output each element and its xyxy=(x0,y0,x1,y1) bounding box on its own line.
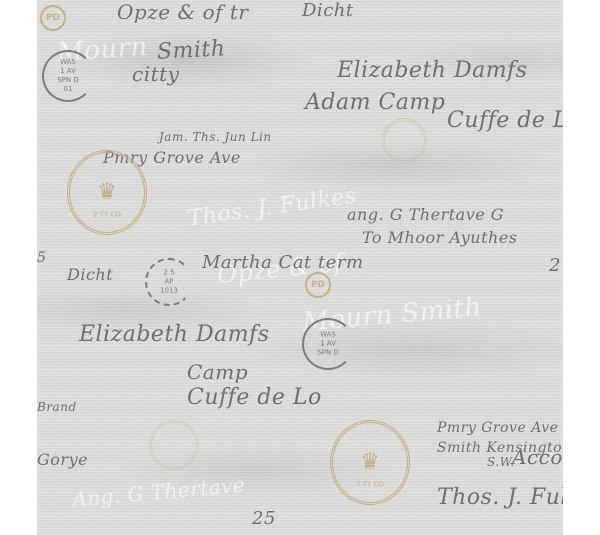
crown-icon: ♛ xyxy=(360,448,380,474)
faded-seal-stamp xyxy=(382,118,427,163)
dark-script: Cuffe de Lo xyxy=(447,108,563,133)
light-script: Ang. G Thertave xyxy=(71,472,246,511)
dark-script: Gorye xyxy=(37,450,88,469)
dark-script: Elizabeth Damfs xyxy=(337,58,528,83)
crown-seal-stamp: ♛ 7 TY CO xyxy=(330,420,410,505)
postmark-text: WAS xyxy=(304,331,352,340)
dark-script: Brand xyxy=(37,400,77,414)
dark-script: Camp xyxy=(187,360,248,384)
dark-script: Thos. J. Fulkes xyxy=(437,485,563,510)
dark-script: Accon xyxy=(512,445,563,469)
postmark-text: WAS xyxy=(44,58,92,67)
dark-script: ang. G Thertave G xyxy=(347,205,504,224)
seal-text: 2 TY CO xyxy=(70,210,144,219)
dark-script: 25 xyxy=(252,508,276,529)
postmark-text: 01 xyxy=(44,85,92,94)
dark-script: Martha Cat term xyxy=(202,252,364,273)
dark-script: Adam Camp xyxy=(305,90,445,115)
dark-script: S.W. xyxy=(487,455,515,469)
pd-stamp: PD xyxy=(305,272,331,298)
dark-script: Smith xyxy=(156,36,226,65)
crown-icon: ♛ xyxy=(97,178,117,204)
crown-seal-stamp: ♛ 2 TY CO xyxy=(67,150,147,235)
dark-script: Elizabeth Damfs xyxy=(79,322,270,347)
postmark-text: AP xyxy=(147,278,191,287)
dark-script: Dicht xyxy=(302,0,354,21)
postmark-text: SPN D xyxy=(304,349,352,358)
postmark-text: 1 AV xyxy=(304,340,352,349)
postmark-stamp: WAS 1 AV SPN D xyxy=(302,318,354,370)
light-script: Thos. J. Fulkes xyxy=(186,183,358,231)
dark-script: 2 xyxy=(549,255,561,276)
dark-script: 5 xyxy=(37,250,46,266)
postmark-text: SPN D xyxy=(44,76,92,85)
dark-script: Pmry Grove Ave xyxy=(437,420,558,436)
dark-script: Opze & of tr xyxy=(117,0,249,24)
dark-script: To Mhoor Ayuthes xyxy=(362,228,518,247)
faded-seal-stamp xyxy=(149,420,199,470)
dark-script: citty xyxy=(132,62,179,86)
postmark-stamp: 2 5 AP 1013 xyxy=(145,258,193,306)
postmark-text: 1 AV xyxy=(44,67,92,76)
postmark-text: 1013 xyxy=(147,287,191,296)
pd-stamp: PD xyxy=(40,5,66,31)
wallpaper-pattern: Mourn Opze & of Mourn Smith Thos. J. Ful… xyxy=(37,0,563,535)
postmark-text: 2 5 xyxy=(147,269,191,278)
dark-script: Dicht xyxy=(67,265,113,284)
dark-script: Cuffe de Lo xyxy=(187,385,322,410)
postmark-stamp: WAS 1 AV SPN D 01 xyxy=(42,50,94,102)
seal-text: 7 TY CO xyxy=(333,480,407,489)
dark-script: Jam. Ths. Jun Lin xyxy=(159,130,272,144)
